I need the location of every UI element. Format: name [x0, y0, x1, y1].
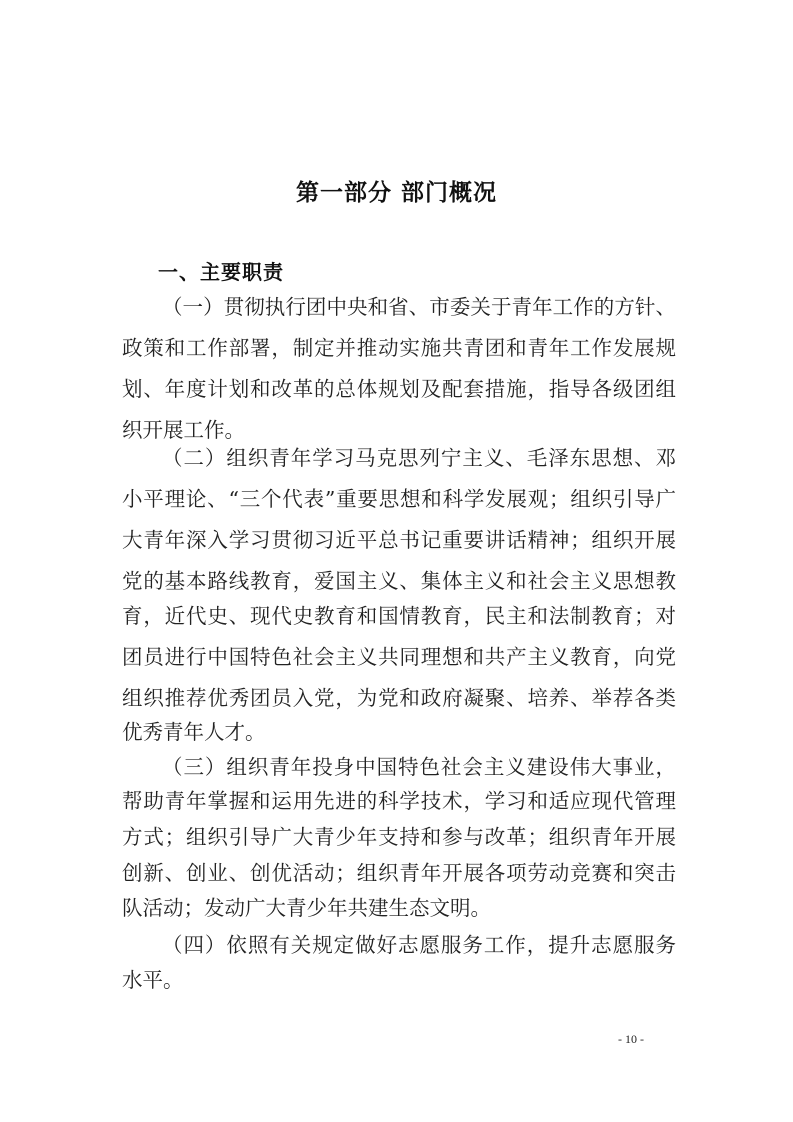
paragraph-4-line-1: （四）依照有关规定做好志愿服务工作，提升志愿服务: [162, 930, 676, 960]
page-title: 第一部分 部门概况: [0, 174, 793, 207]
paragraph-2-line-1: （二）组织青年学习马克思列宁主义、毛泽东思想、邓: [162, 443, 676, 473]
paragraph-3-line-4: 创新、创业、创优活动；组织青年开展各项劳动竞赛和突击: [122, 858, 676, 888]
document-page: 第一部分 部门概况 一、主要职责 （一）贯彻执行团中央和省、市委关于青年工作的方…: [0, 0, 793, 1122]
paragraph-1-line-3: 划、年度计划和改革的总体规划及配套措施，指导各级团组: [122, 374, 676, 404]
paragraph-2-line-7: 组织推荐优秀团员入党，为党和政府凝聚、培养、举荐各类: [122, 683, 676, 713]
paragraph-1-line-1: （一）贯彻执行团中央和省、市委关于青年工作的方针、: [162, 292, 676, 322]
paragraph-3-line-5: 队活动；发动广大青少年共建生态文明。: [122, 893, 676, 923]
section-heading: 一、主要职责: [158, 256, 284, 285]
paragraph-2-line-6: 团员进行中国特色社会主义共同理想和共产主义教育，向党: [122, 642, 676, 672]
paragraph-3-line-2: 帮助青年掌握和运用先进的科学技术，学习和适应现代管理: [122, 786, 676, 816]
paragraph-2-line-3: 大青年深入学习贯彻习近平总书记重要讲话精神；组织开展: [122, 525, 676, 555]
paragraph-2-line-8: 优秀青年人才。: [122, 717, 676, 747]
paragraph-2-line-2: 小平理论、“三个代表”重要思想和科学发展观；组织引导广: [122, 484, 676, 514]
paragraph-3-line-1: （三）组织青年投身中国特色社会主义建设伟大事业，: [162, 752, 676, 782]
paragraph-4-line-2: 水平。: [122, 965, 676, 995]
paragraph-3-line-3: 方式；组织引导广大青少年支持和参与改革；组织青年开展: [122, 822, 676, 852]
paragraph-2-line-5: 育，近代史、现代史教育和国情教育，民主和法制教育；对: [122, 601, 676, 631]
paragraph-1-line-2: 政策和工作部署，制定并推动实施共青团和青年工作发展规: [122, 333, 676, 363]
paragraph-2-line-4: 党的基本路线教育，爱国主义、集体主义和社会主义思想教: [122, 566, 676, 596]
paragraph-1-line-4: 织开展工作。: [122, 415, 676, 445]
page-number: - 10 -: [618, 1032, 644, 1047]
